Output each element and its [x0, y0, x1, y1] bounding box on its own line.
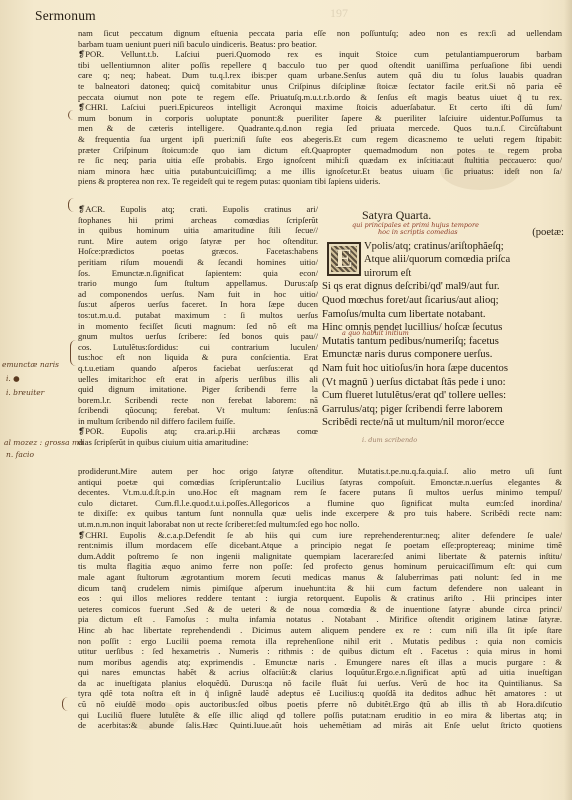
- commentary-line: ❡POR. Eupolis atq; cra.ari.p.Hii archæas…: [78, 426, 318, 437]
- commentary-line: eos : qui illos meliores reddere tentant…: [78, 593, 562, 604]
- verse-line: uirorum eſt: [322, 267, 564, 281]
- commentary-line: ad componendos uerſus. Nam fuit in hoc u…: [78, 289, 318, 300]
- commentary-line: barbam tuam ueniunt pueri niſi baculo ui…: [78, 39, 562, 50]
- commentary-line: præter Criſpinum ſtoicum:de quo iam dict…: [78, 145, 562, 156]
- commentary-line: ❡CHRI. Laſciui pueri.Epicureos intelligi…: [78, 102, 562, 113]
- bottom-commentary: prodiderunt.Mire autem per hoc origo ſat…: [78, 466, 562, 731]
- commentary-line: gnum multos uerſus ſcribere: ſed bonos q…: [78, 331, 318, 342]
- interlinear-annotation: i. dum scribendo: [362, 437, 417, 444]
- commentary-line: prodiderunt.Mire autem per hoc origo ſat…: [78, 466, 562, 477]
- commentary-line: uelles imitari:hoc eſt erat in aſperis u…: [78, 374, 318, 385]
- commentary-line: tos:ut.m.u.d. putabat maximum : ſi multo…: [78, 310, 318, 321]
- commentary-line: trario mungo ſum ſtultum appellamus. Dur…: [78, 278, 318, 289]
- commentary-line: re ſic neq; paria uitia eſſe probabis. E…: [78, 155, 562, 166]
- commentary-line: ❡ACR. Eupolis atq; crati. Eupolis cratin…: [78, 204, 318, 215]
- commentary-line: runt. Mire autem origo ſatyræ per hoc oſ…: [78, 236, 318, 247]
- verse-line: Cum flueret lutulẽtus/erat qd' tollere u…: [322, 389, 564, 403]
- commentary-line: tyra qdẽ tota noſtra eſt in q̃ inſignẽ l…: [78, 688, 562, 699]
- verse-line: (Vt magnũ ) uerſus dictabat ſtãs pede i …: [322, 376, 564, 390]
- commentary-line: pia dictum eſt . Famoſus : multa infamia…: [78, 614, 562, 625]
- commentary-line: ut.m.n.m.non inquit laborabat non ut rec…: [78, 519, 562, 530]
- commentary-line: in multum ſcribendo nil differo facilem …: [78, 416, 318, 427]
- commentary-line: mum bonum in corporis uoluptate ponunt:&…: [78, 113, 562, 124]
- commentary-line: Hinc ab hac libertate reprehendendi . Di…: [78, 625, 562, 636]
- commentary-line: tibi uellentiumnon aliter poſſis repelle…: [78, 60, 562, 71]
- commentary-line: peritiam riſum mouendi & ſecandi homines…: [78, 257, 318, 268]
- commentary-line: male agant ſtultorum ægrotantium morem ſ…: [78, 572, 562, 583]
- commentary-line: in momento feciſſet ſicuti magnum: ſed n…: [78, 321, 318, 332]
- commentary-line: niam minora hæc uitia putabunt:uiciſſimq…: [78, 166, 562, 177]
- commentary-line: q.t.u.etiam quando aſperos faciebat uerſ…: [78, 363, 318, 374]
- commentary-line: da ac inueſtigata planius eloquẽdũ. Duru…: [78, 678, 562, 689]
- margin-annotation: i. ●: [6, 374, 20, 383]
- verse-line: Emunctæ naris durus componere uerſus.: [322, 348, 564, 362]
- ghost-folio-number: 197: [330, 6, 348, 21]
- commentary-line: ſtophanes hii primi archeas comœdias ſcr…: [78, 215, 318, 226]
- commentary-line: ſus:ut aſperos uerſus faceret. In hora ſ…: [78, 299, 318, 310]
- commentary-line: Hoſce:prædictos poetas græcos. Facetas:h…: [78, 246, 318, 257]
- commentary-line: tis multa flagitia æquo animo ferre non …: [78, 561, 562, 572]
- book-page: Sermonum 197 nam ſicut peccatum dignum e…: [0, 0, 572, 800]
- commentary-line: dicum tanq̃ crudelem nimis pimiſque aſpe…: [78, 583, 562, 594]
- verse-line: Atque alii/quorum comœdia priſca: [322, 253, 564, 267]
- page-edge-shadow: [564, 0, 572, 800]
- commentary-line: ueteres comicos fuerunt .Sed & de ueteri…: [78, 604, 562, 615]
- verse-line: Scribẽdi recte/nã ut multum/nil moror/ec…: [322, 416, 564, 430]
- verse-line: Si qs erat dignus deſcribi/qd' mal9/aut …: [322, 280, 564, 294]
- margin-annotation: emunctæ naris: [2, 360, 59, 369]
- commentary-line: care q; neq; habeat. Dum tu.q.l.rex ibis…: [78, 70, 562, 81]
- margin-annotation: n. facio: [6, 450, 34, 459]
- commentary-line: dum.Addit poſtremo ſe non ingenii malign…: [78, 551, 562, 562]
- verse-line: Nam fuit hoc uitioſus/in hora ſæpe ducen…: [322, 362, 564, 376]
- verse-line: Vpolis/atq; cratinus/ariſtophãeſq;: [322, 240, 564, 254]
- commentary-line: culo dictaret. Cum.fl.l.e.quod.t.u.i.poſ…: [78, 498, 562, 509]
- commentary-line: utitur uerſibus : ſed hexametris . Numer…: [78, 646, 562, 657]
- commentary-line: te balneatori datoneq; quicq̃ comitabitu…: [78, 81, 562, 92]
- margin-bracket: [62, 697, 69, 711]
- verse-line: (poetæ:: [322, 226, 564, 240]
- commentary-line: cũ nõ eiuſdẽ modo opis auctoribus:ſed oĩ…: [78, 699, 562, 710]
- running-head: Sermonum: [35, 8, 96, 24]
- commentary-line: peccata oiumut non pote te regem eſſe. P…: [78, 92, 562, 103]
- margin-bracket: [70, 340, 77, 366]
- commentary-line: men & de cæteris intelligere. Quadrante.…: [78, 123, 562, 134]
- commentary-line: antiqui poetæ qui comœdias ſcripſerunt:a…: [78, 477, 562, 488]
- commentary-line: te dixiſſe: ex quibus tantum ſunt nonnul…: [78, 508, 562, 519]
- verse-line: Garrulus/atq; piger ſcribendi ferre labo…: [322, 403, 564, 417]
- commentary-line: de acerbitas:& abunde ſalis.Hæc Quinti.I…: [78, 720, 562, 731]
- commentary-line: ❡CHRI. Eupolis &.c.a.p.Defendit ſe ab hi…: [78, 530, 562, 541]
- commentary-line: cos. Lutulẽtus:ſordidus: cui contrarium …: [78, 342, 318, 353]
- commentary-line: nam ſicut peccatum dignum eſtuenia pecca…: [78, 28, 562, 39]
- commentary-line: ❡POR. Vellunt.t.b. Laſciui pueri.Quomodo…: [78, 49, 562, 60]
- verse-line: Quod mœchus foret/aut ſicarius/aut alioq…: [322, 294, 564, 308]
- commentary-line: piens & propterea non rex. Te regeideſt …: [78, 176, 562, 187]
- commentary-line: num moribus agendis atq; exprimendis . E…: [78, 657, 562, 668]
- commentary-line: non poſſit : ergo Lucilii poema remota i…: [78, 636, 562, 647]
- commentary-line: ſcribendi qũocunq; ferebat. Vt multum: ſ…: [78, 405, 318, 416]
- commentary-line: & frequentia ſua urgent ipſi pueri:niſi …: [78, 134, 562, 145]
- margin-bracket: [68, 110, 75, 120]
- commentary-line: dias ſcripſerũt in quibus ciuium uitia a…: [78, 437, 318, 448]
- margin-annotation: i. breuiter: [6, 388, 44, 397]
- satire-verses: (poetæ: Vpolis/atq; cratinus/ariſtophãeſ…: [322, 226, 564, 430]
- commentary-line: qui Luciliũ fluere lutulẽte & eſſe illic…: [78, 710, 562, 721]
- commentary-line: qui nares emunctas habẽt & acrius olfaci…: [78, 667, 562, 678]
- verse-line: Famoſus/multa cum libertate notabant.: [322, 308, 564, 322]
- margin-annotation: al mozez : grossa ma: [4, 438, 84, 447]
- left-column-commentary: ❡ACR. Eupolis atq; crati. Eupolis cratin…: [78, 204, 318, 448]
- commentary-line: rent:nimis illum mordacem eſſe dicebant.…: [78, 540, 562, 551]
- commentary-line: quid dignum imitatione. Piger ſcribendi …: [78, 384, 318, 395]
- commentary-line: in quibus hominum uitia amaritudine ſtil…: [78, 225, 318, 236]
- margin-bracket: [68, 198, 75, 212]
- interlinear-annotation: a quo habuit initium: [342, 330, 409, 337]
- top-commentary: nam ſicut peccatum dignum eſtuenia pecca…: [78, 28, 562, 187]
- commentary-line: ſos. Emunctæ.n.ſignificat ſapientem: qui…: [78, 268, 318, 279]
- commentary-line: borem.l.r. Scribendi recte non ferebat l…: [78, 395, 318, 406]
- commentary-line: decentes. Vt.m.u.d.ſt.p.in uno.Hoc eſt m…: [78, 487, 562, 498]
- commentary-line: tus:hoc eſt non liquida & pura conſcient…: [78, 352, 318, 363]
